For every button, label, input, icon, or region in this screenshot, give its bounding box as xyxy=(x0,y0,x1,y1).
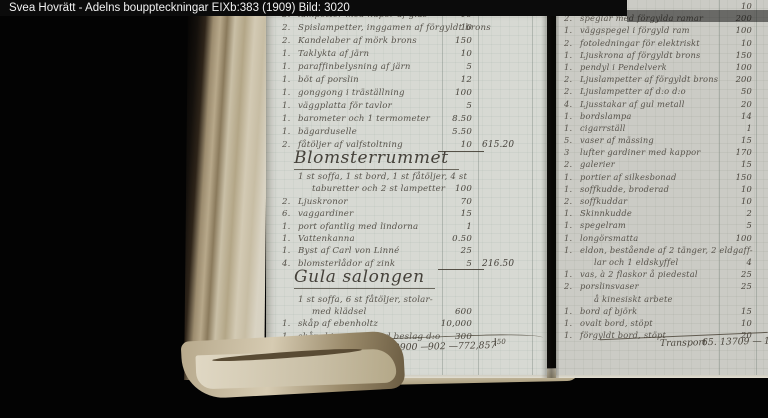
section-subtotal: 216.50 xyxy=(482,259,542,269)
ledger-row-amount: 15 xyxy=(692,159,752,169)
ledger-row-amount: 100 xyxy=(692,233,752,243)
transport-value: 902 — xyxy=(428,341,458,353)
ledger-row: 1.Vattenkanna0.50 xyxy=(280,234,547,246)
ledger-row-amount: 8.50 xyxy=(410,114,472,124)
ledger-row-qty: 1. xyxy=(282,62,291,72)
ledger-row-text: galerier xyxy=(580,159,615,169)
ledger-row-qty: 1. xyxy=(282,114,291,124)
ledger-row-qty: 1. xyxy=(564,306,572,316)
ledger-row-qty: 1. xyxy=(564,220,572,230)
ledger-row: taburetter och 2 st lampetter100 xyxy=(280,184,547,196)
ledger-row-amount: 10 xyxy=(692,318,752,328)
ledger-row: 1.eldon, bestående af 2 tänger, 2 eldgaf… xyxy=(562,245,768,257)
ledger-row-qty: 2. xyxy=(564,281,572,291)
ledger-row: med klädsel600 xyxy=(280,307,547,319)
transport-value: 1 xyxy=(764,336,768,347)
ledger-row-qty: 2. xyxy=(564,159,572,169)
ledger-row: 2.Ljuslampetter af förgyldt brons200 xyxy=(562,74,768,86)
ledger-row-text: gonggong i träställning xyxy=(298,88,405,98)
ledger-row-text: böt af porslin xyxy=(298,75,359,85)
ledger-row-amount: 600 xyxy=(410,307,472,317)
ledger-row-amount: 5.50 xyxy=(410,127,472,137)
ledger-row: lar och 1 eldskyffel4 xyxy=(562,257,768,269)
ledger-row-amount: 100 xyxy=(410,88,472,98)
ledger-row: 1.vas, à 2 flaskor å piedestal25 xyxy=(562,269,768,281)
ledger-row-text: vas, à 2 flaskor å piedestal xyxy=(580,269,698,279)
ledger-row: 2.fotoledningar för elektriskt10 xyxy=(562,38,768,50)
ledger-row-qty: 1. xyxy=(564,184,572,194)
ledger-row: 2.porslinsvaser25 xyxy=(562,281,768,293)
ledger-row-qty: 5. xyxy=(564,135,572,145)
archive-viewer: 2.lampetter med kupor af glas102.Spislam… xyxy=(0,0,768,418)
ledger-row: 1.longörsmatta100 xyxy=(562,233,768,245)
ledger-row: 1.gonggong i träställning100 xyxy=(280,88,547,101)
ledger-row-qty: 1. xyxy=(564,62,572,72)
ledger-row: 6.vaggardiner15 xyxy=(280,209,547,221)
ledger-row: 2.Ljuslampetter af d:o d:o50 xyxy=(562,86,768,98)
ledger-row-qty: 2. xyxy=(282,197,291,207)
ledger-row-text: soffkuddar xyxy=(580,196,627,206)
ledger-row-amount: 150 xyxy=(692,50,752,60)
ledger-row-qty: 1. xyxy=(564,318,572,328)
ledger-row-text: bägarduselle xyxy=(298,127,357,137)
viewer-title-text: Svea Hovrätt - Adelns bouppteckningar EI… xyxy=(9,2,350,14)
ledger-row-amount: 5 xyxy=(410,101,472,111)
ledger-row-text: vaser af mässing xyxy=(580,135,654,145)
ledger-row-amount: 170 xyxy=(692,147,752,157)
ledger-row-qty: 1. xyxy=(564,269,572,279)
ledger-row-text: 1 st soffa, 1 st bord, 1 st fåtöljer, 4 … xyxy=(298,172,467,182)
ledger-row: 1.skåp af ebenholtz10,000 xyxy=(280,319,547,331)
transport-value: 65. xyxy=(702,337,717,348)
ledger-left-page: 2.lampetter med kupor af glas102.Spislam… xyxy=(266,16,547,378)
ledger-row-text: longörsmatta xyxy=(580,233,638,243)
ledger-row: 1.portier af silkesbonad150 xyxy=(562,172,768,184)
ledger-row-qty: 1. xyxy=(564,50,572,60)
ledger-row: 1.bord af björk15 xyxy=(562,306,768,318)
ledger-row-text: Vattenkanna xyxy=(298,234,355,244)
ledger-row-qty: 2. xyxy=(282,36,291,46)
section-heading: Blomsterrummet xyxy=(294,148,459,170)
ledger-row-qty: 1. xyxy=(282,234,291,244)
transport-value: 772,857 xyxy=(458,340,497,352)
book-gutter-shadow xyxy=(541,16,559,378)
ledger-row-text: bord af björk xyxy=(580,306,637,316)
ledger-row: 1.Skinnkudde2 xyxy=(562,208,768,220)
ledger-row-text: Kandelaber af mörk brons xyxy=(298,36,417,46)
ledger-row-qty: 1. xyxy=(282,319,291,329)
ledger-row-qty: 2. xyxy=(282,140,291,150)
ledger-row-amount: 20 xyxy=(692,99,752,109)
ledger-row-qty: 1. xyxy=(564,172,572,182)
ledger-row: 2.galerier15 xyxy=(562,159,768,171)
ledger-row-text: Byst af Carl von Linné xyxy=(298,246,399,256)
ledger-row: 1.väggplatta för tavlor5 xyxy=(280,101,547,114)
sum-underline xyxy=(438,269,484,270)
ledger-row-qty: 1. xyxy=(564,233,572,243)
ledger-row-qty: 2. xyxy=(564,196,572,206)
ledger-row-qty: 2. xyxy=(564,74,572,84)
ledger-row-amount: 4 xyxy=(692,257,752,267)
section-subtotal: 615.20 xyxy=(482,140,542,150)
ledger-row: 1.port ofantlig med lindorna1 xyxy=(280,222,547,234)
photo-shadow-band xyxy=(627,10,768,22)
ledger-row: 1.böt af porslin12 xyxy=(280,75,547,88)
ledger-row: å kinesiskt arbete xyxy=(562,294,768,306)
ledger-row-amount: 10 xyxy=(410,23,472,33)
ledger-row-amount: 25 xyxy=(692,269,752,279)
ledger-row-amount: 15 xyxy=(692,135,752,145)
ledger-row-amount: 12 xyxy=(410,75,472,85)
ledger-row: 1.paraffinbelysning af järn5 xyxy=(280,62,547,75)
ledger-row-amount: 15 xyxy=(410,209,472,219)
ledger-row-qty: 1. xyxy=(282,49,291,59)
transport-cents: 50 xyxy=(495,338,506,346)
ledger-row-text: lar och 1 eldskyffel xyxy=(594,257,678,267)
ledger-row-text: ovalt bord, stöpt xyxy=(580,318,653,328)
ledger-row: 2.Spislampetter, inggamen af förgyldt br… xyxy=(280,23,547,36)
ledger-row: 1 st soffa, 6 st fåtöljer, stolar- xyxy=(280,295,547,307)
ledger-row: 1.spegelram5 xyxy=(562,220,768,232)
ledger-row-amount: 25 xyxy=(692,281,752,291)
ledger-row-text: eldon, bestående af 2 tänger, 2 eldgaff- xyxy=(580,245,753,255)
ledger-row-text: soffkudde, broderad xyxy=(580,184,669,194)
ledger-row-amount: 100 xyxy=(410,184,472,194)
ledger-row-amount: 10 xyxy=(692,38,752,48)
ledger-row-text: lufter gardiner med kappor xyxy=(580,147,700,157)
ledger-row-text: med klädsel xyxy=(312,307,367,317)
ledger-row: 1.ovalt bord, stöpt10 xyxy=(562,318,768,330)
ledger-row-qty: 1. xyxy=(282,246,291,256)
ledger-row-text: å kinesiskt arbete xyxy=(594,294,673,304)
ledger-row-qty: 1. xyxy=(564,245,572,255)
viewer-title-bar: Svea Hovrätt - Adelns bouppteckningar EI… xyxy=(0,0,627,16)
ledger-row-text: Ljuskronor xyxy=(298,197,348,207)
transport-row: Transport 65. 13709 — 1 xyxy=(556,336,768,356)
ledger-row-amount: 25 xyxy=(410,246,472,256)
ledger-row-qty: 1. xyxy=(282,127,291,137)
ledger-row: 1.Taklykta af järn10 xyxy=(280,49,547,62)
ledger-row-qty: 1. xyxy=(282,88,291,98)
ledger-row-qty: 2. xyxy=(564,38,572,48)
ledger-row: 1.cigarrställ1 xyxy=(562,123,768,135)
ledger-row-amount: 0.50 xyxy=(410,234,472,244)
ledger-row: 2.Ljuskronor70 xyxy=(280,197,547,209)
ledger-row-text: cigarrställ xyxy=(580,123,626,133)
ledger-row-amount: 10,000 xyxy=(410,319,472,329)
ledger-section: 1 st soffa, 1 st bord, 1 st fåtöljer, 4 … xyxy=(280,172,547,271)
book-page-stack-edges xyxy=(184,16,268,380)
ledger-row-text: Ljuskrona af förgyldt brons xyxy=(580,50,701,60)
ledger-row-text: paraffinbelysning af järn xyxy=(298,62,411,72)
ledger-row-amount: 10 xyxy=(692,196,752,206)
ledger-row: 1.soffkudde, broderad10 xyxy=(562,184,768,196)
ledger-row-text: bordslampa xyxy=(580,111,632,121)
ledger-row-amount: 70 xyxy=(410,197,472,207)
ledger-row-qty: 6. xyxy=(282,209,291,219)
ledger-row-qty: 1. xyxy=(564,111,572,121)
ledger-row-qty: 3 xyxy=(564,147,569,157)
ledger-row-amount: 5 xyxy=(410,62,472,72)
ledger-row-amount: 2 xyxy=(692,208,752,218)
ledger-row-qty: 1. xyxy=(564,208,572,218)
ledger-row-amount: 100 xyxy=(692,62,752,72)
ledger-row-text: Ljusstakar af gul metall xyxy=(580,99,685,109)
ledger-row-text: väggplatta för tavlor xyxy=(298,101,392,111)
ledger-row: 1 st soffa, 1 st bord, 1 st fåtöljer, 4 … xyxy=(280,172,547,184)
ledger-right-page: 102.speglar med förgylda ramar2001.väggs… xyxy=(556,0,768,378)
ledger-row-qty: 4. xyxy=(282,259,291,269)
ledger-row-text: spegelram xyxy=(580,220,626,230)
ledger-row-text: 1 st soffa, 6 st fåtöljer, stolar- xyxy=(298,295,433,305)
ledger-row: 1.pendyl i Pendelverk100 xyxy=(562,62,768,74)
ledger-row-amount: 150 xyxy=(692,172,752,182)
ledger-row: 2.Kandelaber af mörk brons150 xyxy=(280,36,547,49)
ledger-row-qty: 4. xyxy=(564,99,572,109)
ledger-row: 1.bordslampa14 xyxy=(562,111,768,123)
ledger-row-text: fotoledningar för elektriskt xyxy=(580,38,700,48)
section-heading: Gula salongen xyxy=(294,267,435,289)
ledger-row-amount: 200 xyxy=(692,74,752,84)
ledger-row-text: port ofantlig med lindorna xyxy=(298,222,418,232)
ledger-row-text: vaggardiner xyxy=(298,209,353,219)
ledger-row-amount: 150 xyxy=(410,36,472,46)
transport-label: Transport xyxy=(660,337,707,349)
ledger-row-qty: 1. xyxy=(282,75,291,85)
ledger-section: 2.lampetter med kupor af glas102.Spislam… xyxy=(280,10,547,153)
ledger-row-text: porslinsvaser xyxy=(580,281,639,291)
ledger-row: 1.bägarduselle5.50 xyxy=(280,127,547,140)
ledger-row: 2.soffkuddar10 xyxy=(562,196,768,208)
ledger-row: 1.barometer och 1 termometer8.50 xyxy=(280,114,547,127)
ledger-row-amount: 1 xyxy=(692,123,752,133)
ledger-row-amount: 5 xyxy=(692,220,752,230)
ledger-row-text: portier af silkesbonad xyxy=(580,172,677,182)
ledger-row: 1.Ljuskrona af förgyldt brons150 xyxy=(562,50,768,62)
ledger-row-amount: 10 xyxy=(692,184,752,194)
ledger-row: 4.Ljusstakar af gul metall20 xyxy=(562,99,768,111)
ledger-row-amount: 14 xyxy=(692,111,752,121)
ledger-row-text: Ljuslampetter af d:o d:o xyxy=(580,86,686,96)
ledger-row: 1.Byst af Carl von Linné25 xyxy=(280,246,547,258)
transport-value: 13709 — xyxy=(720,336,762,348)
ledger-row-amount: 1 xyxy=(410,222,472,232)
ledger-row-qty: 1. xyxy=(282,101,291,111)
ledger-row-qty: 2. xyxy=(564,86,572,96)
ledger-row: 3lufter gardiner med kappor170 xyxy=(562,147,768,159)
ledger-row-amount: 15 xyxy=(692,306,752,316)
ledger-row-qty: 2. xyxy=(282,23,291,33)
ledger-section: 102.speglar med förgylda ramar2001.väggs… xyxy=(562,1,768,342)
ledger-row-qty: 1. xyxy=(564,330,572,340)
ledger-row-text: Taklykta af järn xyxy=(298,49,369,59)
ledger-row-text: skåp af ebenholtz xyxy=(298,319,378,329)
ledger-row-text: pendyl i Pendelverk xyxy=(580,62,667,72)
ledger-row: 1.väggspegel i förgyld ram100 xyxy=(562,25,768,37)
ledger-row-qty: 1. xyxy=(564,123,572,133)
ledger-row-amount: 100 xyxy=(692,25,752,35)
ledger-row: 5.vaser af mässing15 xyxy=(562,135,768,147)
ledger-row-text: Skinnkudde xyxy=(580,208,632,218)
ledger-row-text: väggspegel i förgyld ram xyxy=(580,25,690,35)
ledger-row-qty: 1. xyxy=(282,222,291,232)
ledger-row-qty: 1. xyxy=(564,25,572,35)
ledger-row-amount: 50 xyxy=(692,86,752,96)
ledger-row-amount: 10 xyxy=(410,49,472,59)
